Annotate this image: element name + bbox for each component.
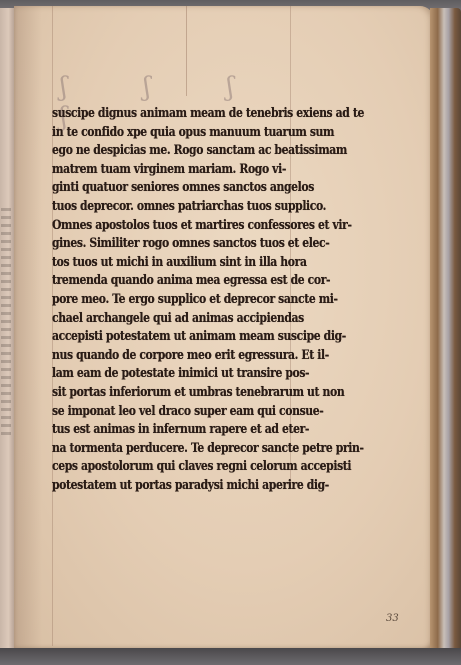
text-line: pore meo. Te ergo supplico et deprecor s…: [52, 290, 267, 309]
text-line: gines. Similiter rogo omnes sanctos tuos…: [52, 234, 267, 253]
text-line: sit portas inferiorum et umbras tenebrar…: [52, 383, 267, 402]
text-line: ceps apostolorum qui claves regni celoru…: [52, 457, 267, 476]
text-line: se imponat leo vel draco super eam qui c…: [52, 402, 267, 421]
backdrop-bottom: [0, 648, 461, 665]
text-line: ego ne despicias me. Rogo sanctam ac bea…: [52, 141, 267, 160]
text-line: potestatem ut portas paradysi michi aper…: [52, 476, 267, 495]
text-line: Omnes apostolos tuos et martires confess…: [52, 216, 267, 235]
text-line: tremenda quando anima mea egressa est de…: [52, 271, 267, 290]
text-line: nus quando de corpore meo erit egressura…: [52, 346, 267, 365]
left-page-bleed-text: [1, 208, 11, 438]
gutter-shadow: [14, 6, 42, 651]
text-line: matrem tuam virginem mariam. Rogo vi-: [52, 160, 267, 179]
text-line: accepisti potestatem ut animam meam susc…: [52, 327, 267, 346]
text-block: suscipe dignus animam meam de tenebris e…: [52, 104, 302, 494]
offset-ghost-marks: ʃ ʃ ʃ ʃ: [60, 72, 280, 102]
text-line: tos tuos ut michi in auxilium sint in il…: [52, 253, 267, 272]
text-line: in te confido xpe quia opus manuum tuaru…: [52, 123, 267, 142]
folio-number: 33: [386, 613, 399, 624]
text-line: tus est animas in infernum rapere et ad …: [52, 420, 267, 439]
left-page-edge: [0, 8, 15, 653]
fore-edge: [430, 8, 461, 656]
text-line: chael archangele qui ad animas accipiend…: [52, 309, 267, 328]
text-line: lam eam de potestate inimici ut transire…: [52, 364, 267, 383]
text-line: na tormenta perducere. Te deprecor sanct…: [52, 439, 267, 458]
text-line: ginti quatuor seniores omnes sanctos ang…: [52, 178, 267, 197]
text-line: tuos deprecor. omnes patriarchas tuos su…: [52, 197, 267, 216]
text-line: suscipe dignus animam meam de tenebris e…: [52, 104, 267, 123]
